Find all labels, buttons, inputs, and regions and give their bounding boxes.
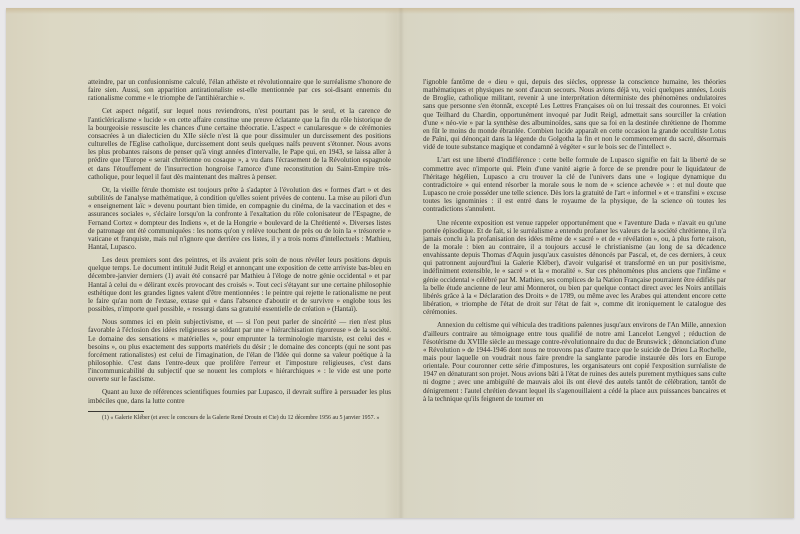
paragraph: Quant au luxe de références scientifique… [88,388,391,404]
footnote-divider [88,411,144,412]
paragraph: Les deux premiers sont des peintres, et … [88,256,391,313]
paragraph: L'art est une liberté d'indifférence : c… [423,156,726,213]
paragraph: Annexion du celtisme qui véhicula des tr… [423,321,726,403]
paragraph: Nous sommes ici en plein subjectivisme, … [88,318,391,383]
paragraph: Une récente exposition est venue rappele… [423,219,726,317]
center-fold [398,8,404,518]
left-page: atteindre, par un confusionnisme calculé… [88,78,391,427]
paragraph: Or, la vieille férule thomiste est toujo… [88,186,391,251]
open-book-spread: atteindre, par un confusionnisme calculé… [6,8,794,518]
paragraph: Cet aspect négatif, sur lequel nous revi… [88,107,391,180]
right-page: l'ignoble fantôme de « dieu » qui, depui… [423,78,726,408]
paragraph: atteindre, par un confusionnisme calculé… [88,78,391,102]
footnote: (1) « Galerie Kléber (et avec le concour… [88,415,391,422]
paragraph: l'ignoble fantôme de « dieu » qui, depui… [423,78,726,151]
